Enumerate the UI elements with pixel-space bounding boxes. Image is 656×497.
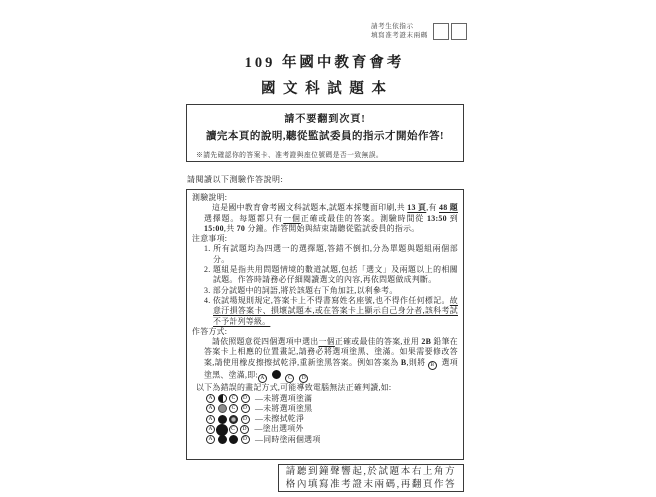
- warning-line2: 讀完本頁的說明,聽從監試委員的指示才開始作答!: [187, 128, 463, 143]
- error-example-row: ACD—未將選項塗滿: [206, 394, 458, 404]
- bell-instruction-line1: 請聽到鐘聲響起,於試題本右上角方: [279, 466, 463, 479]
- bell-instruction-box: 請聽到鐘聲響起,於試題本右上角方 格內填寫准考證末兩碼,再翻頁作答: [278, 464, 464, 492]
- option-mark-c-empty: C: [229, 425, 238, 434]
- note-item-3: 3. 部分試題中的詞語,將於該題右下角加註,以利參考。: [213, 286, 458, 296]
- option-mark-d-empty: D: [241, 415, 250, 424]
- note-item-1: 1. 所有試題均為四選一的選擇題,答錯不倒扣,分為單題與題組兩個部分。: [213, 244, 458, 265]
- error-example-label: —未將選項塗滿: [255, 394, 312, 404]
- candidate-id-line2: 填寫准考證末兩碼: [371, 32, 428, 41]
- option-mark-a-empty: A: [206, 415, 215, 424]
- error-example-row: AD—同時塗兩個選項: [206, 435, 458, 445]
- option-mark-b-gray: [218, 404, 227, 413]
- option-mark-d-empty: D: [241, 394, 250, 403]
- note-item-2: 2. 題組是指共用問題情境的數道試題,包括「選文」及兩題以上的相關試題。作答時請…: [213, 265, 458, 286]
- option-mark-d-empty: D: [240, 425, 249, 434]
- error-example-label: —塗出選項外: [255, 424, 304, 434]
- note-item-4: 4. 依試場規則規定,答案卡上不得書寫姓名座號,也不得作任何標記。故意汙損答案卡…: [213, 296, 458, 327]
- option-mark-circle: D: [299, 374, 308, 383]
- option-mark-a-empty: A: [206, 435, 215, 444]
- warning-box: 請不要翻到次頁! 讀完本頁的說明,聽從監試委員的指示才開始作答! ※請先確認你的…: [186, 104, 464, 162]
- option-mark-b-overflow: [216, 424, 228, 436]
- instructions-box: 測驗說明: 這是國中教育會考國文科試題本,試題本採雙面印刷,共 13 頁,有 4…: [186, 189, 464, 460]
- read-prompt: 請閱讀以下測驗作答說明:: [187, 174, 283, 185]
- error-example-row: ACD—未將選項塗黑: [206, 404, 458, 414]
- option-mark-a-empty: A: [206, 394, 215, 403]
- subject-title: 國 文 科 試 題 本: [186, 77, 463, 98]
- option-mark-c-smudge: [229, 415, 238, 424]
- exam-desc-body: 這是國中教育會考國文科試題本,試題本採雙面印刷,共 13 頁,有 48 題選擇題…: [204, 203, 458, 234]
- bell-instruction-line2: 格內填寫准考證末兩碼,再翻頁作答: [279, 479, 463, 492]
- candidate-id-instruction: 請考生依指示 填寫准考證末兩碼: [371, 23, 467, 40]
- error-intro: 以下為錯誤的畫記方式,可能導致電腦無法正確判讀,如:: [196, 383, 458, 393]
- option-mark-d-empty: D: [241, 404, 250, 413]
- option-mark-b-filled: [218, 415, 227, 424]
- candidate-id-instruction-text: 請考生依指示 填寫准考證末兩碼: [371, 23, 428, 40]
- error-example-label: —未擦拭乾淨: [255, 414, 304, 424]
- option-mark-circle: B: [428, 361, 437, 370]
- option-mark-b-half: [218, 394, 227, 403]
- exam-desc-header: 測驗說明:: [192, 193, 458, 203]
- exam-title: 109 年國中教育會考: [186, 51, 463, 72]
- option-mark-c-filled: [229, 435, 238, 444]
- error-examples-list: ACD—未將選項塗滿ACD—未將選項塗黑AD—未擦拭乾淨ACD—塗出選項外AD—…: [192, 394, 458, 445]
- option-mark-c-empty: C: [229, 394, 238, 403]
- warning-note: ※請先確認你的答案卡、准考證與座位號碼是否一致無誤。: [196, 149, 463, 159]
- answer-method-header: 作答方式:: [192, 327, 458, 337]
- error-example-label: —同時塗兩個選項: [255, 435, 321, 445]
- option-mark-circle: C: [285, 374, 294, 383]
- option-mark-a-empty: A: [206, 425, 215, 434]
- option-mark-a-empty: A: [206, 404, 215, 413]
- error-example-label: —未將選項塗黑: [255, 404, 312, 414]
- option-mark-b-filled: [218, 435, 227, 444]
- answer-method-body: 請依照題意從四個選項中選出一個正確或最佳的答案,並用 2B 鉛筆在答案卡上相應的…: [204, 337, 458, 383]
- exam-id-box-2: [451, 23, 467, 40]
- exam-cover-page: 請考生依指示 填寫准考證末兩碼 109 年國中教育會考 國 文 科 試 題 本 …: [0, 0, 656, 497]
- warning-line1: 請不要翻到次頁!: [187, 110, 463, 125]
- candidate-id-line1: 請考生依指示: [371, 23, 428, 32]
- notes-header: 注意事項:: [192, 234, 458, 244]
- option-mark-d-empty: D: [241, 435, 250, 444]
- error-example-row: AD—未擦拭乾淨: [206, 414, 458, 424]
- error-example-row: ACD—塗出選項外: [206, 424, 458, 434]
- option-mark-circle: A: [258, 374, 267, 383]
- exam-id-box-1: [433, 23, 449, 40]
- filled-option-mark: [272, 370, 281, 379]
- option-mark-c-empty: C: [229, 404, 238, 413]
- exam-id-boxes: [431, 23, 467, 40]
